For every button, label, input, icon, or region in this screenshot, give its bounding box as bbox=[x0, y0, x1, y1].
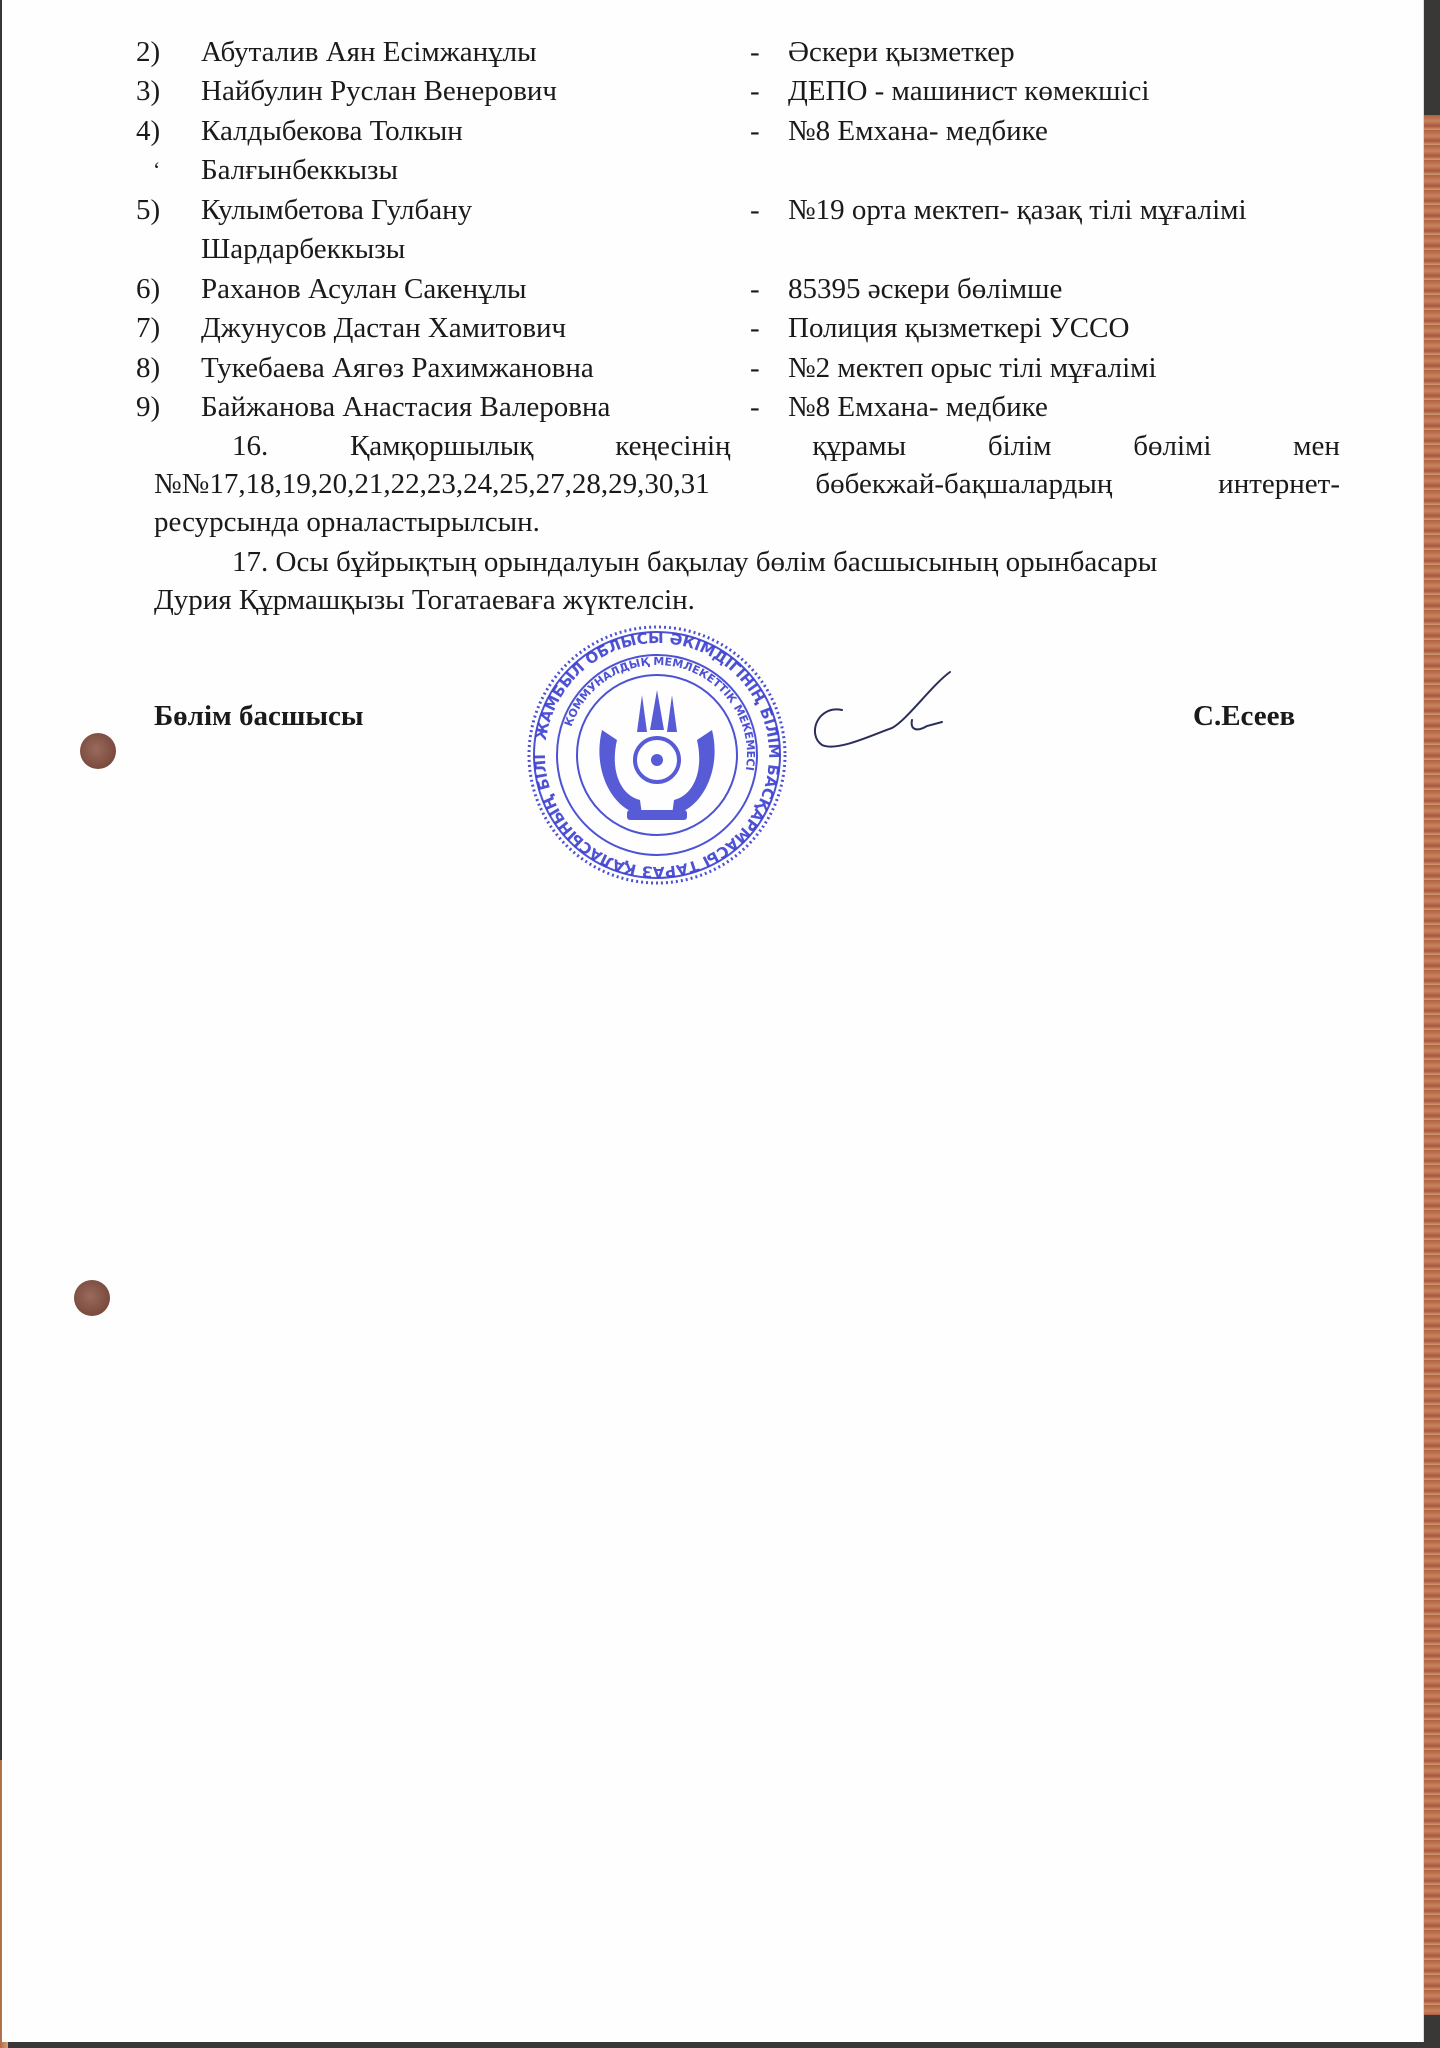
punch-hole-top bbox=[80, 733, 116, 769]
paragraph-16: 16. Қамқоршылық кеңесінің құрамы білім б… bbox=[154, 427, 1340, 541]
member-name: Абуталив Аян Есімжанұлы bbox=[201, 33, 537, 71]
member-name: Кулымбетова Гулбану bbox=[201, 191, 472, 229]
member-role: №2 мектеп орыс тілі мұғалімі bbox=[788, 349, 1157, 387]
item-number: 6) bbox=[136, 270, 160, 308]
word: 16. bbox=[232, 427, 268, 465]
word: мен bbox=[1293, 427, 1340, 465]
separator-dash: - bbox=[750, 33, 760, 71]
member-role: ДЕПО - машинист көмекшісі bbox=[788, 72, 1149, 110]
member-role: 85395 әскери бөлімше bbox=[788, 270, 1062, 308]
member-name: Раханов Асулан Сакенұлы bbox=[201, 270, 526, 308]
item-number: 7) bbox=[136, 309, 160, 347]
separator-dash: - bbox=[750, 270, 760, 308]
word: бөбекжай-бақшалардың bbox=[815, 465, 1112, 503]
official-stamp-icon: ЖАМБЫЛ ОБЛЫСЫ ӘКІМДІГІНІҢ БІЛІМ БАСҚАРМА… bbox=[522, 620, 792, 890]
separator-dash: - bbox=[750, 72, 760, 110]
paragraph-17-line-2: Дурия Құрмашқызы Тогатаеваға жүктелсін. bbox=[154, 581, 1340, 619]
member-role: №19 орта мектеп- қазақ тілі мұғалімі bbox=[788, 191, 1247, 229]
word: білім bbox=[988, 427, 1052, 465]
item-number: 9) bbox=[136, 388, 160, 426]
paragraph-16-line-1: 16. Қамқоршылық кеңесінің құрамы білім б… bbox=[154, 427, 1340, 465]
member-name-continuation: Шардарбеккызы bbox=[201, 230, 405, 268]
word: Қамқоршылық bbox=[350, 427, 534, 465]
separator-dash: - bbox=[750, 191, 760, 229]
handwritten-signature-icon bbox=[782, 660, 962, 770]
paragraph-17-line-1: 17. Осы бұйрықтың орындалуын бақылау бөл… bbox=[154, 543, 1340, 581]
word: кеңесінің bbox=[615, 427, 730, 465]
signatory-name: С.Есеев bbox=[1193, 700, 1295, 733]
separator-dash: - bbox=[750, 112, 760, 150]
punch-hole-bottom bbox=[74, 1280, 110, 1316]
paragraph-16-line-2: №№17,18,19,20,21,22,23,24,25,27,28,29,30… bbox=[154, 465, 1340, 503]
word: №№17,18,19,20,21,22,23,24,25,27,28,29,30… bbox=[154, 465, 710, 503]
separator-dash: - bbox=[750, 388, 760, 426]
item-number: 5) bbox=[136, 191, 160, 229]
word: интернет- bbox=[1218, 465, 1340, 503]
member-role: Полиция қызметкері УССО bbox=[788, 309, 1129, 347]
member-name: Калдыбекова Толкын bbox=[201, 112, 463, 150]
item-number: 4) bbox=[136, 112, 160, 150]
member-role: Әскери қызметкер bbox=[788, 33, 1015, 71]
separator-dash: - bbox=[750, 349, 760, 387]
member-name-continuation: Балғынбеккызы bbox=[201, 151, 398, 189]
document-page: 2) Абуталив Аян Есімжанұлы - Әскери қызм… bbox=[2, 0, 1424, 2042]
member-role: №8 Емхана- медбике bbox=[788, 388, 1048, 426]
paragraph-17: 17. Осы бұйрықтың орындалуын бақылау бөл… bbox=[154, 543, 1340, 619]
word: құрамы bbox=[812, 427, 906, 465]
item-number: 8) bbox=[136, 349, 160, 387]
member-name: Джунусов Дастан Хамитович bbox=[201, 309, 566, 347]
item-number: 2) bbox=[136, 33, 160, 71]
separator-dash: - bbox=[750, 309, 760, 347]
position-title: Бөлім басшысы bbox=[154, 700, 364, 733]
stray-mark: ‘ bbox=[153, 151, 160, 189]
paragraph-16-line-3: ресурсында орналастырылсын. bbox=[154, 503, 1340, 541]
word: бөлімі bbox=[1133, 427, 1211, 465]
member-name: Тукебаева Аягөз Рахимжановна bbox=[201, 349, 594, 387]
member-name: Байжанова Анастасия Валеровна bbox=[201, 388, 610, 426]
member-name: Найбулин Руслан Венерович bbox=[201, 72, 557, 110]
member-role: №8 Емхана- медбике bbox=[788, 112, 1048, 150]
background-edge-right bbox=[1424, 115, 1440, 2015]
item-number: 3) bbox=[136, 72, 160, 110]
